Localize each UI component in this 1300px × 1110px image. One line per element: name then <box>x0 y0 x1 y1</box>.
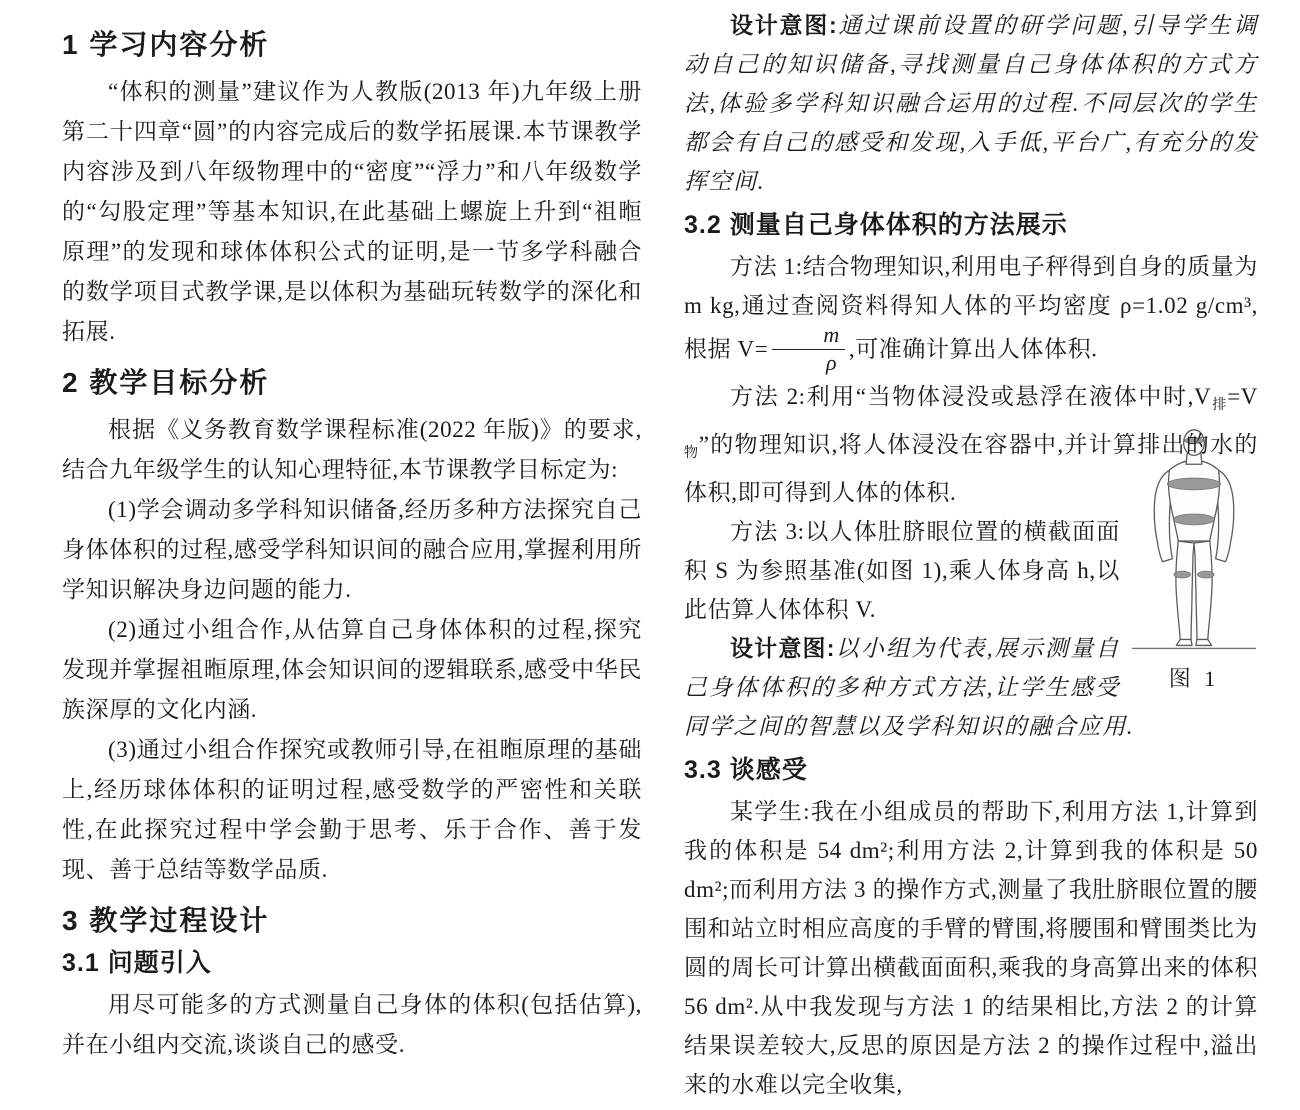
right-column: 设计意图:通过课前设置的研学问题,引导学生调动自己的知识储备,寻找测量自己身体体… <box>684 0 1258 1104</box>
design-intent-1-paragraph: 设计意图:通过课前设置的研学问题,引导学生调动自己的知识储备,寻找测量自己身体体… <box>684 6 1258 201</box>
section-3-3-heading: 3.3 谈感受 <box>684 755 1258 785</box>
section-3-2-heading: 3.2 测量自己身体体积的方法展示 <box>684 210 1258 240</box>
fraction-numerator: m <box>772 323 845 350</box>
fraction-m-over-rho: mρ <box>772 323 845 375</box>
method-1-paragraph: 方法 1:结合物理知识,利用电子秤得到自身的质量为 m kg,通过查阅资料得知人… <box>684 247 1258 377</box>
section-2-heading: 2 教学目标分析 <box>62 366 642 400</box>
goal-item-1: (1)学会调动多学科知识储备,经历多种方法探究自己身体体积的过程,感受学科知识间… <box>62 490 642 610</box>
v-subscript-object: 物 <box>684 446 699 461</box>
section-3-heading: 3 教学过程设计 <box>62 904 642 938</box>
fraction-denominator: ρ <box>772 350 845 376</box>
method-2-text-pre: 方法 2:利用“当物体浸没或悬浮在液体中时,V <box>730 384 1211 409</box>
left-column: 1 学习内容分析 “体积的测量”建议作为人教版(2013 年)九年级上册第二十四… <box>62 0 642 1065</box>
section-3-1-heading: 3.1 问题引入 <box>62 948 642 978</box>
student-feedback-paragraph: 某学生:我在小组成员的帮助下,利用方法 1,计算到我的体积是 54 dm²;利用… <box>684 792 1258 1104</box>
section-1-paragraph: “体积的测量”建议作为人教版(2013 年)九年级上册第二十四章“圆”的内容完成… <box>62 72 642 352</box>
goal-item-3: (3)通过小组合作探究或教师引导,在祖暅原理的基础上,经历球体体积的证明过程,感… <box>62 730 642 890</box>
journal-article-page: 1 学习内容分析 “体积的测量”建议作为人教版(2013 年)九年级上册第二十四… <box>0 0 1300 1110</box>
design-intent-label: 设计意图: <box>730 635 835 661</box>
section-2-intro-paragraph: 根据《义务教育数学课程标准(2022 年版)》的要求,结合九年级学生的认知心理特… <box>62 410 642 490</box>
section-3-1-paragraph: 用尽可能多的方式测量自己身体的体积(包括估算),并在小组内交流,谈谈自己的感受. <box>62 985 642 1065</box>
design-intent-1-text: 通过课前设置的研学问题,引导学生调动自己的知识储备,寻找测量自己身体体积的方式方… <box>684 13 1258 194</box>
v-subscript-displaced: 排 <box>1211 398 1227 413</box>
figure-caption: 图 1 <box>1130 664 1258 694</box>
method-2-text-mid: =V <box>1227 384 1258 409</box>
goal-item-2: (2)通过小组合作,从估算自己身体体积的过程,探究发现并掌握祖暅原理,体会知识间… <box>62 610 642 730</box>
method-1-text-post: ,可准确计算出人体体积. <box>849 336 1098 361</box>
section-1-heading: 1 学习内容分析 <box>62 28 642 62</box>
design-intent-label: 设计意图: <box>730 12 837 38</box>
